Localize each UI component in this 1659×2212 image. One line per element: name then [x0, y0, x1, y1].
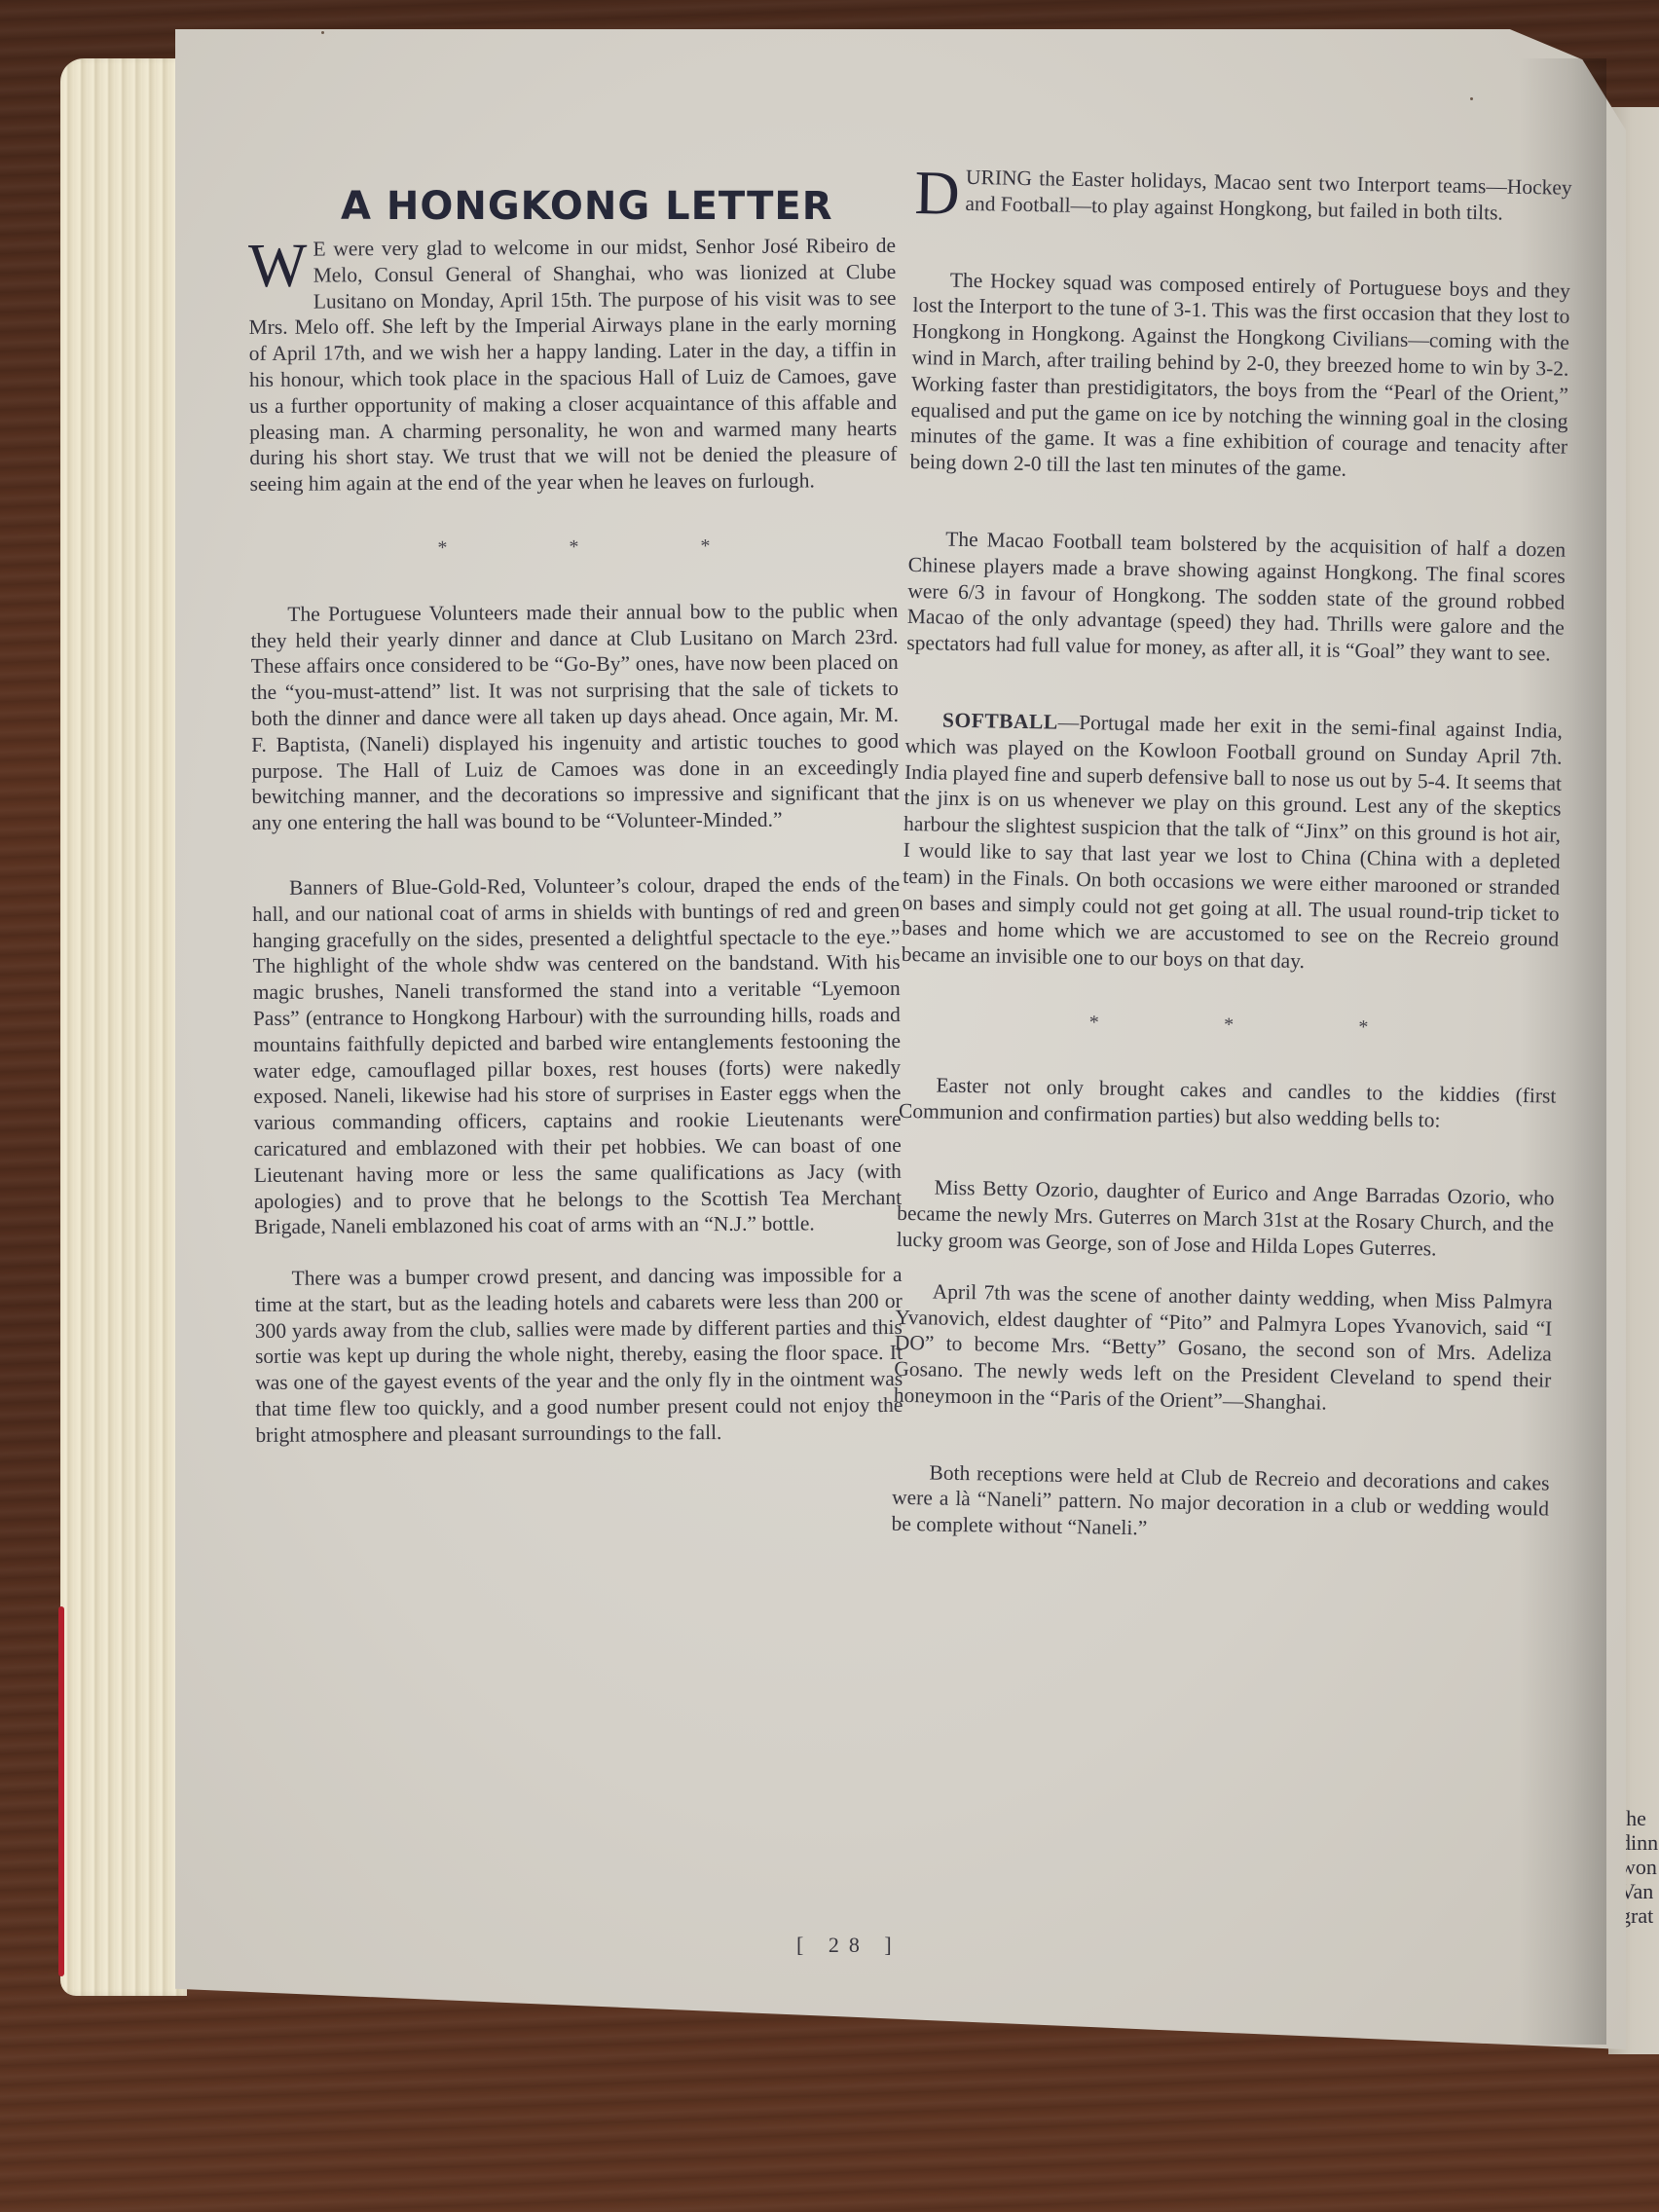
softball-text: —Portugal made her exit in the semi-fina…	[902, 711, 1564, 974]
softball-paragraph: SOFTBALL—Portugal made her exit in the s…	[902, 707, 1564, 979]
drop-cap: W	[248, 240, 308, 291]
softball-lead: SOFTBALL	[942, 709, 1058, 734]
receptions-paragraph: Both receptions were held at Club de Rec…	[891, 1458, 1549, 1548]
consul-paragraph-text: E were very glad to welcome in our midst…	[248, 234, 897, 496]
yvanovich-wedding-paragraph: April 7th was the scene of another daint…	[894, 1278, 1553, 1420]
ozorio-wedding-paragraph: Miss Betty Ozorio, daughter of Eurico an…	[896, 1174, 1554, 1264]
banners-paragraph: Banners of Blue-Gold-Red, Volunteer’s co…	[252, 871, 902, 1240]
left-column: WE were very glad to welcome in our mids…	[248, 233, 903, 1449]
page-number: [ 28 ]	[796, 1933, 902, 1958]
separator-asterisk: *	[1224, 1013, 1234, 1039]
separator-asterisk: *	[700, 534, 710, 560]
bumper-crowd-paragraph: There was a bumper crowd present, and da…	[254, 1262, 903, 1449]
section-separator: * * *	[250, 533, 898, 563]
page-stack-edges	[60, 58, 187, 1996]
separator-asterisk: *	[569, 535, 578, 561]
intro-lead-caps: URING	[966, 166, 1033, 190]
red-binding-edge	[58, 1606, 64, 1976]
right-column: DURING the Easter holidays, Macao sent t…	[891, 164, 1572, 1549]
volunteers-paragraph: The Portuguese Volunteers made their ann…	[250, 598, 899, 836]
drop-cap: D	[914, 167, 960, 219]
football-paragraph: The Macao Football team bolstered by the…	[906, 526, 1566, 668]
interport-intro-text: the Easter holidays, Macao sent two Inte…	[965, 166, 1572, 224]
consul-paragraph: WE were very glad to welcome in our mids…	[248, 233, 898, 498]
separator-asterisk: *	[1358, 1014, 1368, 1041]
separator-asterisk: *	[437, 535, 447, 562]
separator-asterisk: *	[1089, 1010, 1099, 1036]
article-title: A HONGKONG LETTER	[341, 184, 828, 229]
hockey-paragraph: The Hockey squad was composed entirely o…	[909, 267, 1570, 487]
paper-speck	[1470, 97, 1473, 100]
paper-speck	[321, 31, 324, 34]
